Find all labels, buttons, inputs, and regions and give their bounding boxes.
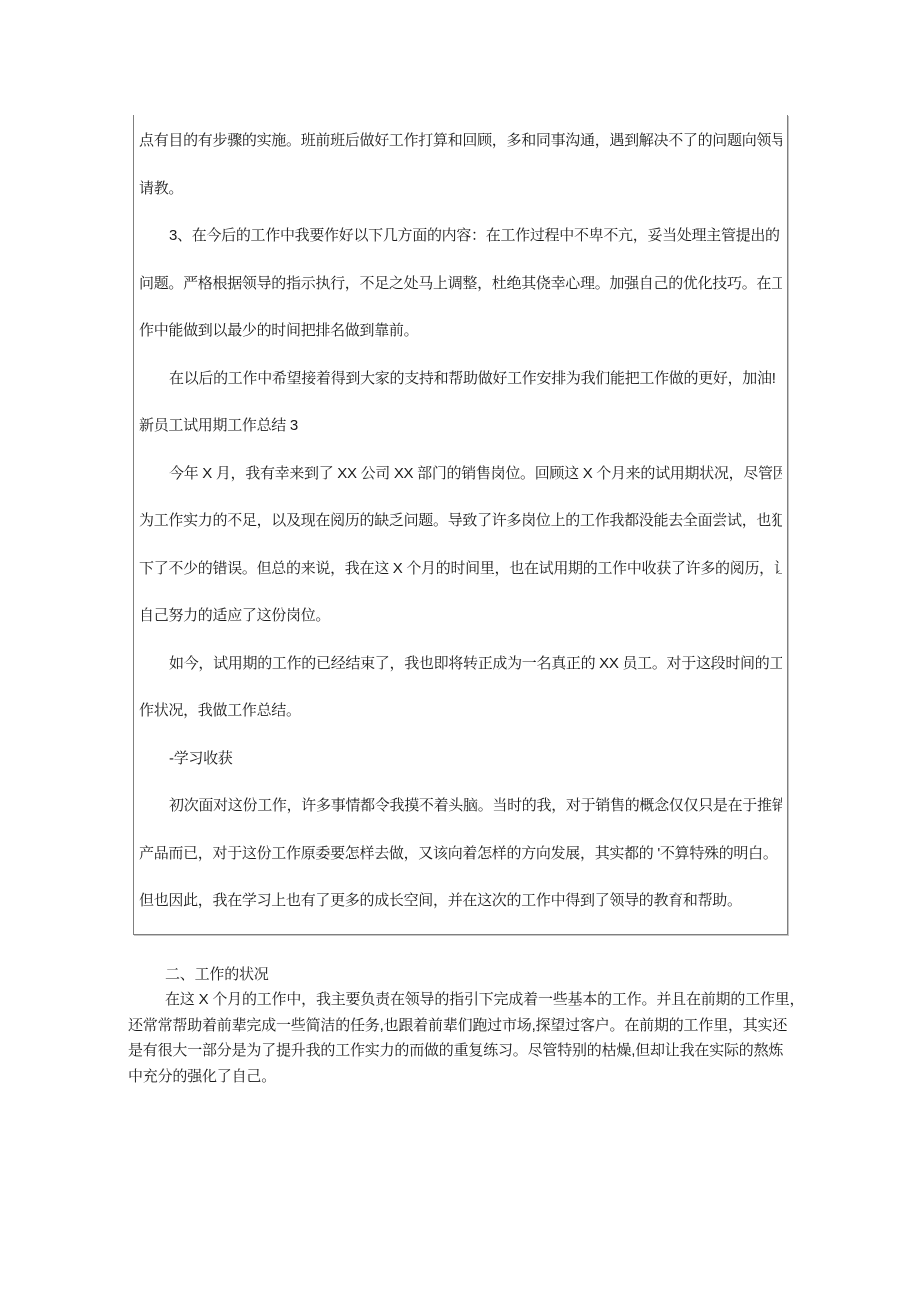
text-line: 中充分的强化了自己。 <box>128 1064 800 1089</box>
text-line: 问题。严格根据领导的指示执行，不足之处马上调整，杜绝其侥幸心理。加强自己的优化技… <box>139 260 782 308</box>
text-line: 为工作实力的不足，以及现在阅历的缺乏问题。导致了许多岗位上的工作我都没能去全面尝… <box>139 497 782 545</box>
text-line: 在这 X 个月的工作中，我主要负责在领导的指引下完成着一些基本的工作。并且在前期… <box>128 987 800 1012</box>
text-line: 是有很大一部分是为了提升我的工作实力的而做的重复练习。尽管特别的枯燥,但却让我在… <box>128 1038 800 1063</box>
text-line: 在以后的工作中希望接着得到大家的支持和帮助做好工作安排为我们能把工作做的更好，加… <box>139 355 782 403</box>
text-line: 3、在今后的工作中我要作好以下几方面的内容：在工作过程中不卑不亢，妥当处理主管提… <box>139 212 782 260</box>
text-line: 还常常帮助着前辈完成一些简洁的任务,也跟着前辈们跑过市场,探望过客户。在前期的工… <box>128 1013 800 1038</box>
text-line: 自己努力的适应了这份岗位。 <box>139 592 782 640</box>
document-page: { "document": { "colors": { "background"… <box>0 0 920 1301</box>
text-line: 下了不少的错误。但总的来说，我在这 X 个月的时间里，也在试用期的工作中收获了许… <box>139 545 782 593</box>
text-line: 二、工作的状况 <box>128 962 800 987</box>
text-line: 请教。 <box>139 165 782 213</box>
text-line: 产品而已，对于这份工作原委要怎样去做，又该向着怎样的方向发展，其实都的 '不算特… <box>139 830 782 878</box>
text-line: 初次面对这份工作，许多事情都令我摸不着头脑。当时的我，对于销售的概念仅仅只是在于… <box>139 782 782 830</box>
text-line: 今年 X 月，我有幸来到了 XX 公司 XX 部门的销售岗位。回顾这 X 个月来… <box>139 450 782 498</box>
text-line: 但也因此，我在学习上也有了更多的成长空间，并在这次的工作中得到了领导的教育和帮助… <box>139 877 782 925</box>
text-frame: 点有目的有步骤的实施。班前班后做好工作打算和回顾，多和同事沟通，遇到解决不了的问… <box>133 115 788 935</box>
text-line: -学习收获 <box>139 735 782 783</box>
text-line: 作状况，我做工作总结。 <box>139 687 782 735</box>
page: 点有目的有步骤的实施。班前班后做好工作打算和回顾，多和同事沟通，遇到解决不了的问… <box>0 0 920 1301</box>
text-line: 作中能做到以最少的时间把排名做到靠前。 <box>139 307 782 355</box>
body-text-section: 二、工作的状况在这 X 个月的工作中，我主要负责在领导的指引下完成着一些基本的工… <box>128 962 800 1089</box>
text-line: 点有目的有步骤的实施。班前班后做好工作打算和回顾，多和同事沟通，遇到解决不了的问… <box>139 117 782 165</box>
text-line: 新员工试用期工作总结 3 <box>139 402 782 450</box>
text-line: 如今，试用期的工作的已经结束了，我也即将转正成为一名真正的 XX 员工。对于这段… <box>139 640 782 688</box>
